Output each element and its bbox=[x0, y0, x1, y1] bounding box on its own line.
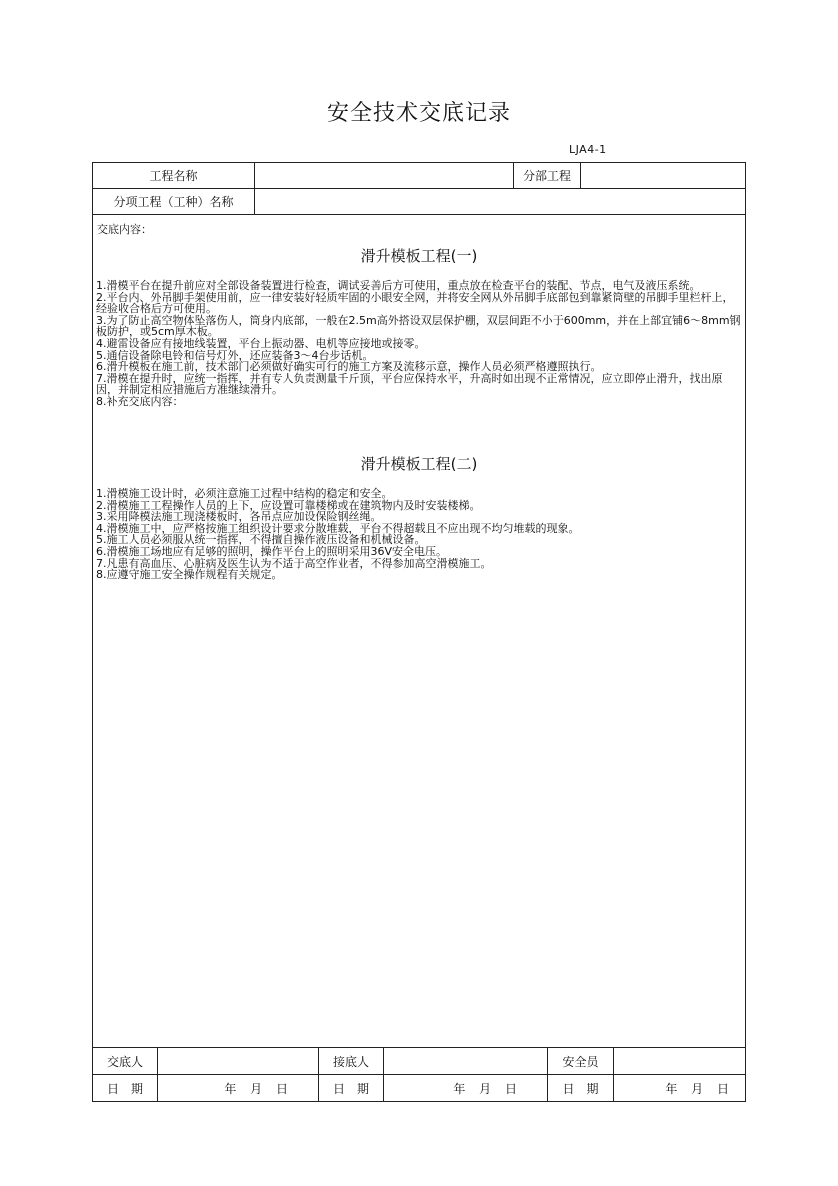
discloser-date-field[interactable]: 年 月 日 bbox=[158, 1075, 318, 1101]
section-title-1: 滑升模板工程(一) bbox=[93, 245, 745, 266]
section-2-list: 1.滑模施工设计时，必须注意施工过程中结构的稳定和安全。 2.滑模施工工程操作人… bbox=[96, 488, 741, 581]
discloser-label: 交底人 bbox=[93, 1048, 157, 1074]
safety-officer-field[interactable] bbox=[614, 1048, 745, 1074]
disclosure-form: 工程名称 分部工程 分项工程（工种）名称 交底内容： 滑升模板工程(一) 1.滑… bbox=[92, 162, 746, 1102]
receiver-label: 接底人 bbox=[319, 1048, 383, 1074]
list-item: 1.滑模平台在提升前应对全部设备装置进行检查，调试妥善后方可使用，重点放在检查平… bbox=[96, 280, 741, 292]
division-field[interactable] bbox=[581, 163, 745, 188]
list-item: 8.补充交底内容： bbox=[96, 396, 741, 408]
document-title: 安全技术交底记录 bbox=[0, 96, 838, 127]
subitem-field[interactable] bbox=[255, 189, 745, 214]
receiver-date-label: 日 期 bbox=[319, 1075, 383, 1101]
safety-officer-date-label: 日 期 bbox=[548, 1075, 613, 1101]
safety-officer-label: 安全员 bbox=[548, 1048, 613, 1074]
project-name-field[interactable] bbox=[255, 163, 513, 188]
section-title-2: 滑升模板工程(二) bbox=[93, 453, 745, 474]
division-label: 分部工程 bbox=[514, 163, 580, 188]
list-item: 6.滑升模板在施工前，技术部门必须做好确实可行的施工方案及流移示意，操作人员必须… bbox=[96, 361, 741, 373]
list-item: 2.平台内、外吊脚手架使用前，应一律安装好轻质牢固的小眼安全网，并将安全网从外吊… bbox=[96, 292, 741, 315]
list-item: 4.避雷设备应有接地线装置，平台上振动器、电机等应接地或接零。 bbox=[96, 338, 741, 350]
list-item: 6.滑模施工场地应有足够的照明，操作平台上的照明采用36V安全电压。 bbox=[96, 546, 741, 558]
safety-officer-date-field[interactable]: 年 月 日 bbox=[614, 1075, 745, 1101]
section-1-list: 1.滑模平台在提升前应对全部设备装置进行检查，调试妥善后方可使用，重点放在检查平… bbox=[96, 280, 741, 408]
row-divider bbox=[93, 214, 745, 215]
list-item: 1.滑模施工设计时，必须注意施工过程中结构的稳定和安全。 bbox=[96, 488, 741, 500]
list-item: 8.应遵守施工安全操作规程有关规定。 bbox=[96, 569, 741, 581]
content-label: 交底内容： bbox=[97, 221, 152, 237]
project-name-label: 工程名称 bbox=[93, 163, 254, 188]
list-item: 3.为了防止高空物体坠落伤人，筒身内底部，一般在2.5m高外搭设双层保护棚，双层… bbox=[96, 315, 741, 338]
discloser-date-label: 日 期 bbox=[93, 1075, 157, 1101]
list-item: 7.滑模在提升时，应统一指挥，并有专人负责测量千斤顶，平台应保持水平，升高时如出… bbox=[96, 373, 741, 396]
discloser-field[interactable] bbox=[158, 1048, 318, 1074]
receiver-date-field[interactable]: 年 月 日 bbox=[384, 1075, 547, 1101]
form-code: LJA4-1 bbox=[569, 143, 607, 156]
subitem-label: 分项工程（工种）名称 bbox=[93, 189, 254, 214]
receiver-field[interactable] bbox=[384, 1048, 547, 1074]
